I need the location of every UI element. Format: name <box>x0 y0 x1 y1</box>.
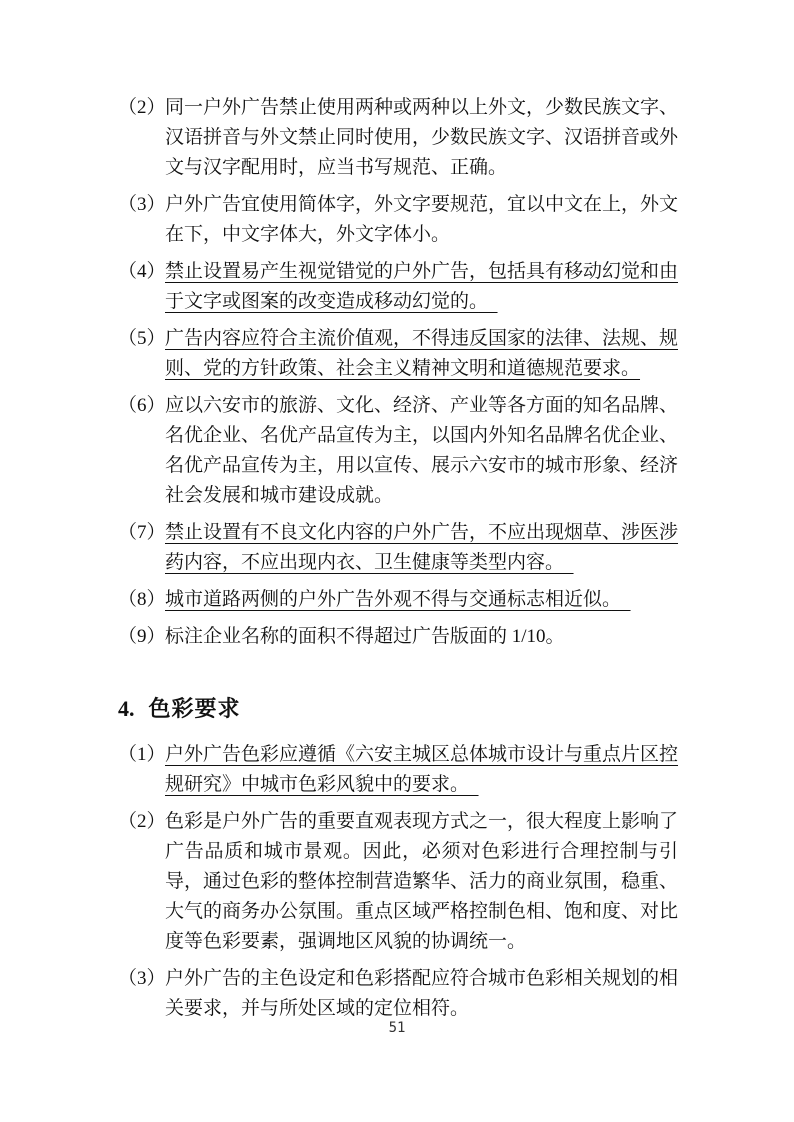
list-item-number: （3） <box>118 964 166 994</box>
list-item-text: 户外广告色彩应遵循《六安主城区总体城市设计与重点片区控规研究》中城市色彩风貌中的… <box>165 744 678 795</box>
list-item: （6）应以六安市的旅游、文化、经济、产业等各方面的知名品牌、名优企业、名优产品宣… <box>118 391 678 511</box>
list-item-text: 城市道路两侧的户外广告外观不得与交通标志相近似。 <box>165 589 631 610</box>
page-number: 51 <box>0 1020 794 1036</box>
list-item: （8）城市道路两侧的户外广告外观不得与交通标志相近似。 <box>118 585 678 615</box>
list-item-text: 同一户外广告禁止使用两种或两种以上外文，少数民族文字、汉语拼音与外文禁止同时使用… <box>165 97 678 178</box>
list-item-number: （3） <box>118 190 166 220</box>
list-item-number: （2） <box>118 807 166 837</box>
list-item-number: （1） <box>118 740 166 770</box>
list-item-number: （2） <box>118 93 166 123</box>
list-item-text: 户外广告宜使用简体字，外文字要规范，宜以中文在上，外文在下，中文字体大，外文字体… <box>165 194 678 245</box>
document-page: （2）同一户外广告禁止使用两种或两种以上外文，少数民族文字、汉语拼音与外文禁止同… <box>0 0 794 1122</box>
section-heading-label: 色彩要求 <box>149 696 241 721</box>
list-item-number: （5） <box>118 324 166 354</box>
list-item: （3）户外广告宜使用简体字，外文字要规范，宜以中文在上，外文在下，中文字体大，外… <box>118 190 678 250</box>
list-item-text: 广告内容应符合主流价值观，不得违反国家的法律、法规、规则、党的方针政策、社会主义… <box>165 328 678 379</box>
list-item: （3）户外广告的主色设定和色彩搭配应符合城市色彩相关规划的相关要求，并与所处区域… <box>118 964 678 1024</box>
list-item: （4）禁止设置易产生视觉错觉的户外广告，包括具有移动幻觉和由于文字或图案的改变造… <box>118 257 678 317</box>
list-item: （1）户外广告色彩应遵循《六安主城区总体城市设计与重点片区控规研究》中城市色彩风… <box>118 740 678 800</box>
list-item-number: （8） <box>118 585 166 615</box>
list-item-text: 色彩是户外广告的重要直观表现方式之一，很大程度上影响了广告品质和城市景观。因此，… <box>165 811 678 952</box>
list-item-text: 应以六安市的旅游、文化、经济、产业等各方面的知名品牌、名优企业、名优产品宣传为主… <box>165 395 678 506</box>
list-item-number: （6） <box>118 391 166 421</box>
list-item: （2）色彩是户外广告的重要直观表现方式之一，很大程度上影响了广告品质和城市景观。… <box>118 807 678 957</box>
list-item: （9）标注企业名称的面积不得超过广告版面的 1/10。 <box>118 622 678 652</box>
list-item-number: （4） <box>118 257 166 287</box>
section-heading-color-requirements: 4.色彩要求 <box>118 696 678 722</box>
list-item: （5）广告内容应符合主流价值观，不得违反国家的法律、法规、规则、党的方针政策、社… <box>118 324 678 384</box>
list-item: （7）禁止设置有不良文化内容的户外广告，不应出现烟草、涉医涉药内容，不应出现内衣… <box>118 518 678 578</box>
page-content: （2）同一户外广告禁止使用两种或两种以上外文，少数民族文字、汉语拼音与外文禁止同… <box>118 93 678 1031</box>
list-item-text: 标注企业名称的面积不得超过广告版面的 1/10。 <box>165 626 565 647</box>
list-item-number: （9） <box>118 622 166 652</box>
list-item-text: 户外广告的主色设定和色彩搭配应符合城市色彩相关规划的相关要求，并与所处区域的定位… <box>165 968 678 1019</box>
list-item: （2）同一户外广告禁止使用两种或两种以上外文，少数民族文字、汉语拼音与外文禁止同… <box>118 93 678 183</box>
list-item-text: 禁止设置易产生视觉错觉的户外广告，包括具有移动幻觉和由于文字或图案的改变造成移动… <box>165 261 678 312</box>
section-heading-number: 4. <box>118 696 135 721</box>
list-item-text: 禁止设置有不良文化内容的户外广告，不应出现烟草、涉医涉药内容，不应出现内衣、卫生… <box>165 522 678 573</box>
list-item-number: （7） <box>118 518 166 548</box>
